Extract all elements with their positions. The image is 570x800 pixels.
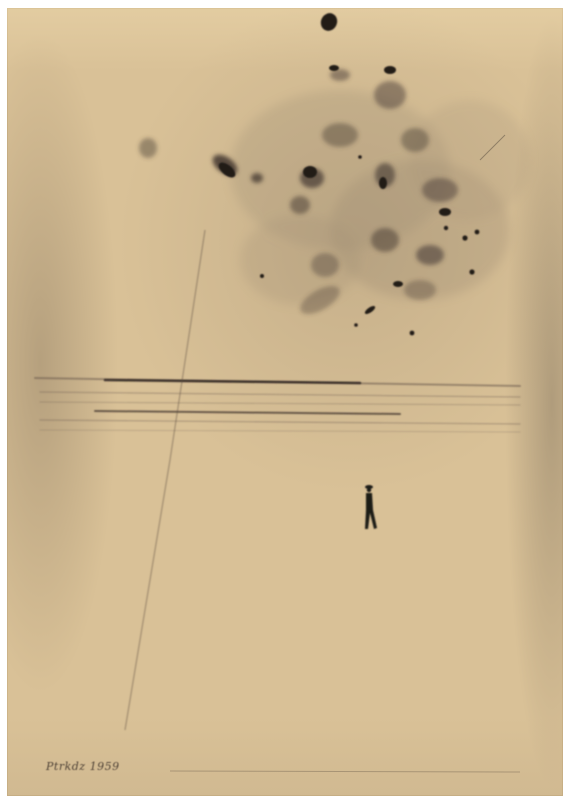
artist-signature: Ptrkdz 1959: [46, 760, 120, 773]
horizon-bands: [35, 378, 520, 432]
bottom-line: [170, 771, 520, 772]
drawing: [0, 0, 570, 800]
standing-figure: [365, 485, 377, 529]
diagonal-line: [125, 230, 205, 730]
smudge-cloud: [230, 90, 530, 305]
